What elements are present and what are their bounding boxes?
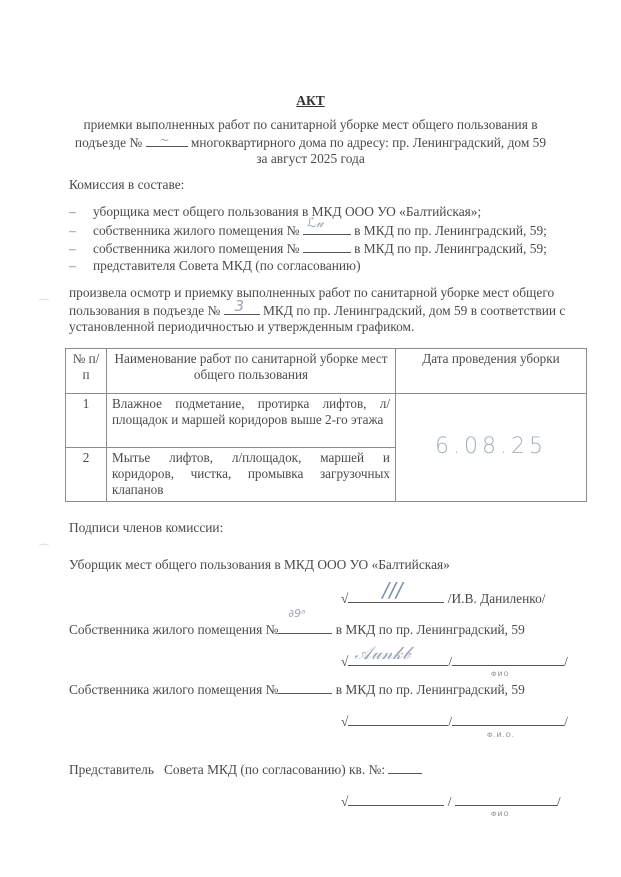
owner-2-signature-field[interactable] [348,711,448,726]
entrance-field-top[interactable]: ~ [146,134,188,147]
signatures-heading: Подписи членов комиссии: [69,520,223,536]
margin-scan-mark: ⌒ [38,541,50,558]
paragraph-line-1: произвела осмотр и приемку выполненных р… [69,285,554,301]
owner-1-fio-field[interactable] [452,651,564,666]
date-cell[interactable]: 6.08.25 [396,394,587,502]
row-number: 2 [66,448,107,502]
check-mark: √ [341,714,348,729]
check-mark: √ [341,654,348,669]
fio-caption: ФИО [491,810,510,818]
handwritten-entrance-number: 3 [235,297,245,315]
paragraph-line-3: установленной периодичностью и утвержден… [69,319,414,335]
cleaner-label: Уборщик мест общего пользования в МКД ОО… [69,557,450,573]
document-title: АКТ [0,93,621,109]
list-dash: – [69,204,93,220]
header-work-name: Наименование работ по санитарной уборке … [107,349,396,394]
owner-2-fio-field[interactable] [452,711,564,726]
council-line: Представитель Совета МКД (по согласовани… [69,761,422,778]
list-dash: – [69,258,93,274]
row-work-name: Влажное подметание, протирка лифтов, л/п… [107,394,396,448]
cleaner-name: /И.В. Даниленко/ [448,591,546,606]
commission-member-owner-1: –собственника жилого помещения № ℒ𝓊 в МК… [69,222,547,239]
owner-1-apartment-field[interactable]: ∂9ᵃ [278,621,332,634]
row-work-name: Мытье лифтов, л/площадок, маршей и корид… [107,448,396,502]
owner-1-signature-block: √𝒜𝓊𝓃𝓀𝒷// [341,651,568,670]
handwritten-entrance-number: ~ [160,133,170,147]
owner-2-signature-block: √// [341,711,568,730]
subtitle-line-2: подъезде № ~ многоквартирного дома по ад… [0,134,621,151]
table-header-row: № п/п Наименование работ по санитарной у… [66,349,587,394]
header-date: Дата проведения уборки [396,349,587,394]
owner-2-apartment-field[interactable] [303,240,351,253]
cleaner-signature-block: √/// /И.В. Даниленко/ [341,588,546,607]
fio-caption: ФИО [491,670,510,678]
commission-member-cleaner: –уборщика мест общего пользования в МКД … [69,204,481,220]
council-apartment-field[interactable] [388,761,422,774]
owner-1-apartment-field[interactable]: ℒ𝓊 [303,222,351,235]
subtitle-entrance-prefix: подъезде № [75,135,142,150]
check-mark: √ [341,794,348,809]
handwritten-apartment-number: ∂9ᵃ [288,607,305,620]
commission-member-council: –представителя Совета МКД (по согласован… [69,258,361,274]
check-mark: √ [341,591,348,606]
row-number: 1 [66,394,107,448]
owner-1-line: Собственника жилого помещения №∂9ᵃ в МКД… [69,621,525,638]
owner-2-line: Собственника жилого помещения № в МКД по… [69,681,525,698]
subtitle-period: за август 2025 года [0,151,621,167]
entrance-field[interactable]: 3 [224,302,260,315]
owner-2-apartment-field[interactable] [278,681,332,694]
handwritten-signature: 𝒜𝓊𝓃𝓀𝒷 [354,643,410,664]
council-signature-field[interactable] [348,791,444,806]
list-dash: – [69,241,93,257]
commission-member-owner-2: –собственника жилого помещения № в МКД п… [69,240,547,257]
header-number: № п/п [66,349,107,394]
handwritten-apartment-scribble: ℒ𝓊 [307,216,324,231]
margin-scan-mark: ⌒ [38,296,50,313]
subtitle-address: многоквартирного дома по адресу: пр. Лен… [191,135,546,150]
paragraph-line-2: пользования в подъезде № 3 МКД по пр. Ле… [69,302,565,319]
table-row: 1 Влажное подметание, протирка лифтов, л… [66,394,587,448]
subtitle-line-1: приемки выполненных работ по санитарной … [0,117,621,133]
owner-1-signature-field[interactable]: 𝒜𝓊𝓃𝓀𝒷 [348,651,448,666]
commission-heading: Комиссия в составе: [69,177,184,193]
works-table: № п/п Наименование работ по санитарной у… [65,348,587,502]
handwritten-signature: /// [382,578,402,602]
fio-caption: Ф.И.О. [487,731,515,739]
handwritten-date: 6.08.25 [435,434,547,459]
cleaner-signature-field[interactable]: /// [348,588,444,603]
list-dash: – [69,223,93,239]
council-fio-field[interactable] [455,791,557,806]
council-signature-block: √ / / [341,791,561,810]
